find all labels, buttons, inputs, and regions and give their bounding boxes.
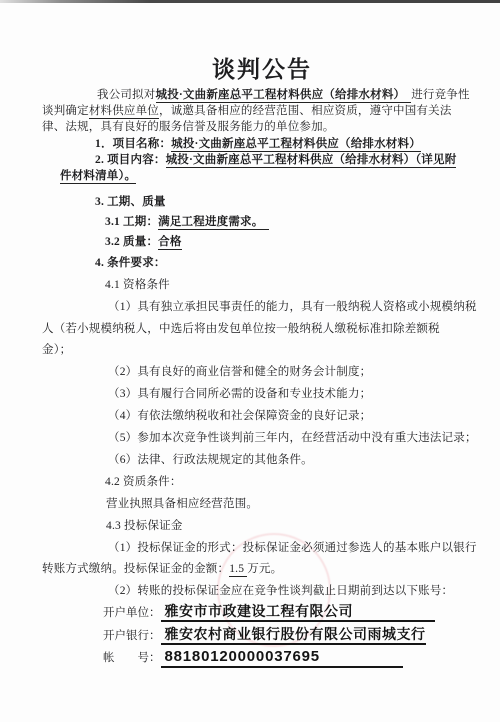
item-project-content: 2. 项目内容：城投·文曲新座总平工程材料供应（给排水材料）（详见附 bbox=[95, 153, 456, 167]
text-segment: 材料供应单位 bbox=[89, 105, 159, 119]
section-4-heading: 4. 条件要求： bbox=[95, 256, 166, 270]
text-segment: 雅安农村商业银行股份有限公司雨城支行 bbox=[161, 626, 426, 645]
text-segment: （5）参加本次竞争性谈判前三年内，在经营活动中没有重大违法记录； bbox=[108, 432, 477, 444]
section-3-heading: 3. 工期、质量 bbox=[95, 195, 166, 209]
cond-4: （4）有依法缴纳税收和社会保障资金的良好记录； bbox=[108, 409, 371, 423]
cond-1-line-1: （1）具有独立承担民事责任的能力，具有一般纳税人资格或小规模纳税 bbox=[108, 300, 477, 314]
text-segment: 合格 bbox=[158, 236, 181, 250]
deposit-2: （2）转账的投标保证金应在竞争性谈判截止日期前到达以下账号： bbox=[108, 584, 453, 598]
text-segment: （4）有依法缴纳税收和社会保障资金的良好记录； bbox=[108, 410, 371, 422]
text-segment: 件材料清单）。 bbox=[60, 170, 136, 184]
item-4-2-body: 营业执照具备相应经营范围。 bbox=[106, 497, 258, 511]
text-segment: 进行竞争性 bbox=[411, 89, 470, 101]
intro-line-1: 我公司拟对城投·文曲新座总平工程材料供应（给排水材料） 进行竞争性 bbox=[97, 88, 470, 102]
text-segment: 营业执照具备相应经营范围。 bbox=[106, 498, 258, 510]
text-segment: 城投·文曲新座总平工程材料供应（给排水材料）（详见附 bbox=[166, 154, 457, 168]
text-segment: 4.2 资质条件： bbox=[105, 476, 182, 488]
text-segment: （3）具有履行合同所必需的设备和专业技术能力； bbox=[108, 388, 371, 400]
text-segment: 人（若小规模纳税人，中选后将由发包单位按一般纳税人缴税标准扣除差额税 bbox=[42, 323, 440, 335]
intro-line-3: 律、法规，具有良好的服务信誉及服务能力的单位参加。 bbox=[42, 120, 335, 134]
item-4-3-heading: 4.3 投标保证金 bbox=[106, 519, 183, 533]
deposit-1-line-1: （1）投标保证金的形式：投标保证金必须通过参选人的基本账户以银行 bbox=[108, 541, 477, 555]
text-segment: 4.3 投标保证金 bbox=[106, 520, 183, 532]
text-segment: （1）具有独立承担民事责任的能力，具有一般纳税人资格或小规模纳税 bbox=[108, 301, 477, 313]
cond-5: （5）参加本次竞争性谈判前三年内，在经营活动中没有重大违法记录； bbox=[108, 431, 477, 445]
item-4-1-heading: 4.1 资格条件 bbox=[105, 278, 170, 292]
text-segment: 城投·文曲新座总平工程材料供应（给排水材料） bbox=[171, 138, 421, 152]
cond-6: （6）法律、行政法规规定的其他条件。 bbox=[108, 453, 313, 467]
text-segment: 谈判确定 bbox=[42, 105, 89, 117]
text-segment: 开户银行： bbox=[103, 630, 161, 642]
text-segment: 万元。 bbox=[247, 563, 282, 575]
text-segment: 4.1 资格条件 bbox=[105, 279, 170, 291]
text-segment: 1．项目名称： bbox=[95, 138, 171, 150]
text-segment: 4. 条件要求： bbox=[95, 257, 166, 269]
text-segment: 我公司拟对 bbox=[97, 89, 156, 101]
text-segment: 3.2 质量： bbox=[105, 236, 158, 248]
item-project-content-cont: 件材料清单）。 bbox=[60, 169, 136, 183]
cond-2: （2）具有良好的商业信誉和健全的财务会计制度； bbox=[108, 365, 371, 379]
text-segment: （2）具有良好的商业信誉和健全的财务会计制度； bbox=[108, 366, 371, 378]
text-segment: ，诚邀具备相应的经营范围、相应资质，遵守中国有关法 bbox=[159, 105, 452, 117]
text-segment: 开户单位： bbox=[103, 607, 161, 619]
bank-row-account-number: 帐 号：88180120000037695 bbox=[103, 649, 403, 668]
text-segment: 金）； bbox=[42, 344, 71, 356]
text-segment: 3.1 工期： bbox=[105, 216, 158, 228]
item-project-name: 1．项目名称：城投·文曲新座总平工程材料供应（给排水材料） bbox=[95, 137, 421, 151]
text-segment: 帐 号： bbox=[103, 652, 161, 664]
doc-title: 谈判公告 bbox=[12, 56, 500, 84]
text-segment: 律、法规，具有良好的服务信誉及服务能力的单位参加。 bbox=[42, 121, 335, 133]
text-segment: （1）投标保证金的形式：投标保证金必须通过参选人的基本账户以银行 bbox=[108, 542, 477, 554]
item-3-1-duration: 3.1 工期：满足工程进度需求。 bbox=[105, 215, 269, 229]
text-segment: （6）法律、行政法规规定的其他条件。 bbox=[108, 454, 313, 466]
item-4-2-heading: 4.2 资质条件： bbox=[105, 475, 182, 489]
bank-row-account-holder: 开户单位：雅安市市政建设工程有限公司 bbox=[103, 603, 435, 622]
intro-line-2: 谈判确定材料供应单位，诚邀具备相应的经营范围、相应资质，遵守中国有关法 bbox=[42, 104, 452, 118]
text-segment: 1.5 bbox=[229, 563, 247, 577]
text-segment: 城投·文曲新座总平工程材料供应（给排水材料） bbox=[156, 89, 412, 103]
cond-1-line-2: 人（若小规模纳税人，中选后将由发包单位按一般纳税人缴税标准扣除差额税 bbox=[42, 322, 440, 336]
deposit-1-line-2: 转账方式缴纳。投标保证金的金额：1.5 万元。 bbox=[42, 562, 282, 576]
scanned-announcement-page: 谈判公告我公司拟对城投·文曲新座总平工程材料供应（给排水材料） 进行竞争性谈判确… bbox=[0, 0, 500, 722]
text-segment: 88180120000037695 bbox=[161, 649, 403, 668]
text-segment: 满足工程进度需求。 bbox=[158, 216, 269, 230]
cond-3: （3）具有履行合同所必需的设备和专业技术能力； bbox=[108, 387, 371, 401]
text-segment: 雅安市市政建设工程有限公司 bbox=[161, 603, 435, 622]
text-segment: （2）转账的投标保证金应在竞争性谈判截止日期前到达以下账号： bbox=[108, 585, 453, 597]
text-segment: 2. 项目内容： bbox=[95, 154, 166, 166]
scan-top-edge-artifact bbox=[0, 0, 500, 3]
item-3-2-quality: 3.2 质量：合格 bbox=[105, 235, 182, 249]
text-segment: 3. 工期、质量 bbox=[95, 196, 166, 208]
text-segment: 转账方式缴纳。投标保证金的金额： bbox=[42, 563, 229, 575]
cond-1-line-3: 金）； bbox=[42, 343, 71, 357]
text-segment: 谈判公告 bbox=[212, 57, 312, 82]
bank-row-bank-name: 开户银行：雅安农村商业银行股份有限公司雨城支行 bbox=[103, 626, 426, 645]
